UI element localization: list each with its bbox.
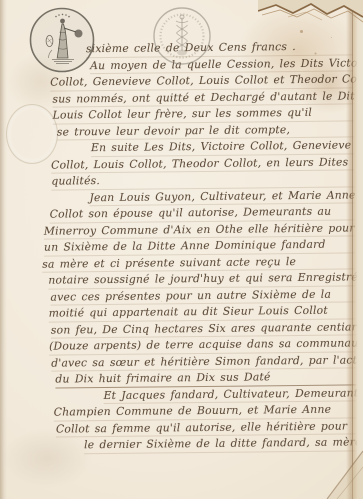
folded-corner [317, 429, 363, 499]
torn-corner [258, 0, 363, 46]
manuscript-text: sixième celle de Deux Cens francs .Au mo… [50, 38, 357, 454]
handwriting-line: Collot, Louis Collot, Theodor Collot, en… [51, 154, 354, 174]
handwriting-line: En suite Les Dits, Victoire Collot, Gene… [91, 137, 354, 156]
page-left-edge [0, 0, 7, 499]
handwriting-line: Louis Collot leur frère, sur les sommes … [53, 104, 354, 124]
page-right-edge [346, 0, 363, 499]
handwriting-line: d'avec sa sœur et héritière Simon fandar… [51, 352, 356, 372]
handwriting-line: un Sixième de la Ditte Anne Dominique fa… [44, 236, 355, 256]
scanned-manuscript-page: sixième celle de Deux Cens francs .Au mo… [0, 0, 363, 499]
